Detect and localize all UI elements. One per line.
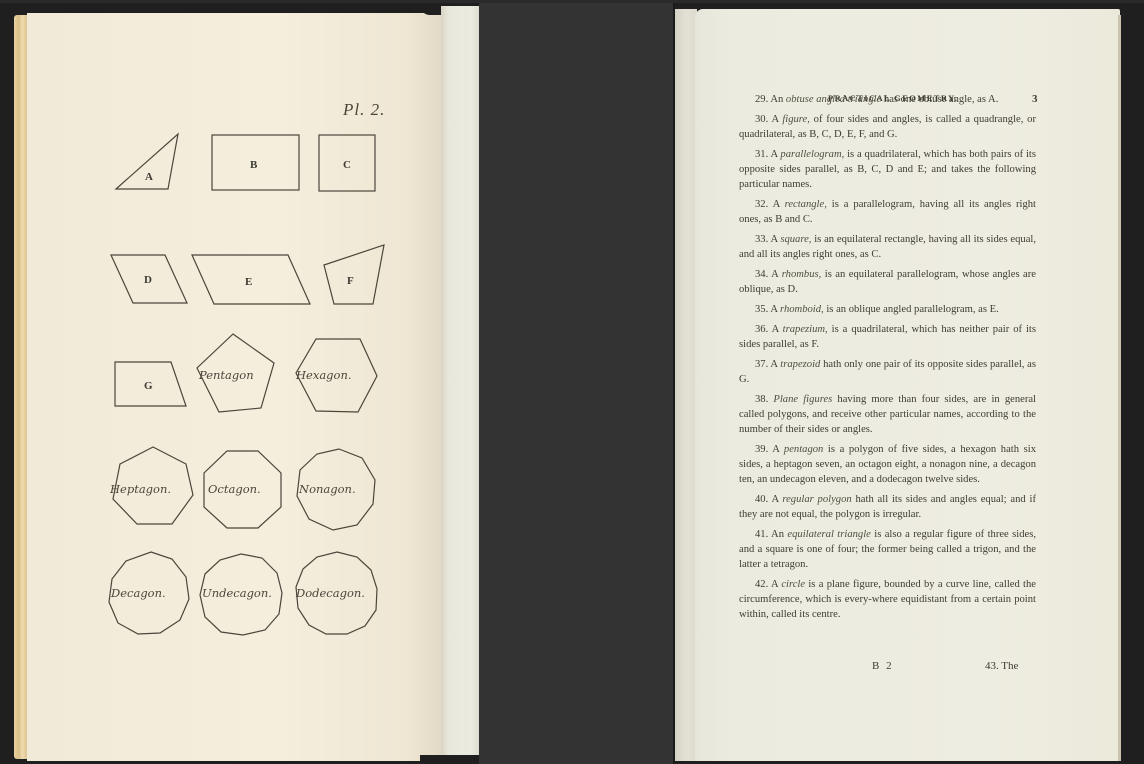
paragraph: 29. An obtuse angled triangle has one ob…: [739, 92, 1036, 107]
shape-label-hexagon: Hexagon.: [295, 368, 352, 382]
paragraph: 42. A circle is a plane figure, bounded …: [739, 577, 1036, 622]
shape-label-f: F: [347, 275, 354, 287]
paragraph: 32. A rectangle, is a parallelogram, hav…: [739, 197, 1036, 227]
paragraph: 40. A regular polygon hath all its sides…: [739, 492, 1036, 522]
trapezium-f: [324, 245, 384, 304]
paragraph: 38. Plane figures having more than four …: [739, 392, 1036, 437]
signature-mark: B 2: [872, 660, 894, 672]
shape-label-e: E: [245, 276, 252, 288]
shape-label-dodecagon: Dodecagon.: [295, 586, 365, 600]
left-page-panel[interactable]: Pl. 2. A B C D E F: [0, 3, 479, 764]
paragraph: 39. A pentagon is a polygon of five side…: [739, 442, 1036, 487]
paragraph: 37. A trapezoid hath only one pair of it…: [739, 357, 1036, 387]
shape-label-b: B: [250, 159, 258, 171]
shape-label-undecagon: Undecagon.: [202, 586, 272, 600]
definitions-text: 29. An obtuse angled triangle has one ob…: [739, 92, 1036, 627]
shape-label-decagon: Decagon.: [110, 586, 166, 600]
page-edge: [1118, 15, 1121, 761]
paragraph: 33. A square, is an equilateral rectangl…: [739, 232, 1036, 262]
gutter-sheet: [675, 9, 697, 761]
paragraph: 31. A parallelogram, is a quadrilateral,…: [739, 147, 1036, 192]
shape-label-heptagon: Heptagon.: [109, 482, 171, 496]
shape-label-a: A: [145, 171, 153, 183]
paragraph: 35. A rhomboid, is an oblique angled par…: [739, 302, 1036, 317]
shape-label-octagon: Octagon.: [208, 482, 261, 496]
geometry-plate: A B C D E F G Pentagon Hexagon. Heptagon…: [27, 13, 441, 761]
shape-label-nonagon: Nonagon.: [298, 482, 356, 496]
shape-label-d: D: [144, 274, 152, 286]
shape-label-c: C: [343, 159, 351, 171]
book-fore-edge: [14, 15, 28, 759]
paragraph: 34. A rhombus, is an equilateral paralle…: [739, 267, 1036, 297]
gutter-sheet: [441, 6, 479, 758]
catchword: 43. The: [985, 660, 1018, 672]
paragraph: 30. A figure, of four sides and angles, …: [739, 112, 1036, 142]
paragraph: 36. A trapezium, is a quadrilateral, whi…: [739, 322, 1036, 352]
paragraph: 41. An equilateral triangle is also a re…: [739, 527, 1036, 572]
shape-label-pentagon: Pentagon: [198, 368, 254, 382]
shape-label-g: G: [144, 380, 153, 392]
